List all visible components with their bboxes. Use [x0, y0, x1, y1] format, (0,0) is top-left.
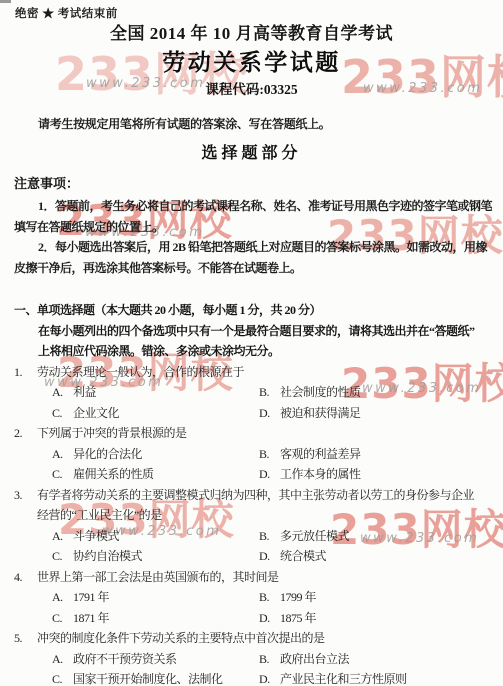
- exam-page: 233网校 233网校 233网校 233网校 233网校 233网校 233网…: [0, 0, 503, 686]
- question-number: 1.: [14, 362, 37, 383]
- question-2-option-c: C.雇佣关系的性质: [52, 464, 259, 485]
- question-5: 5.冲突的制度化条件下劳动关系的主要特点中首次提出的是 A.政府不干预劳资关系 …: [0, 628, 503, 686]
- option-label: D.: [259, 608, 280, 629]
- option-text: 产业民主化和三方性原则: [280, 669, 407, 686]
- question-4-option-d: D.1875 年: [259, 608, 316, 629]
- question-1-option-a: A.利益: [52, 382, 259, 403]
- question-number: 5.: [14, 628, 37, 649]
- classification-label: 绝密 ★ 考试结束前: [15, 5, 118, 21]
- question-1-option-b: B.社会制度的性质: [259, 382, 361, 403]
- option-text: 工作本身的属性: [280, 464, 361, 485]
- question-2-option-a: A.异化的合法化: [52, 444, 259, 465]
- question-3-option-a: A.斗争模式: [52, 526, 259, 547]
- option-label: C.: [52, 669, 73, 686]
- option-label: A.: [52, 526, 73, 547]
- question-4-option-b: B.1799 年: [259, 587, 316, 608]
- section-1-heading: 一、单项选择题（本大题共 20 小题，每小题 1 分，共 20 分）: [0, 300, 503, 321]
- question-stem: 4.世界上第一部工会法是由英国颁布的，其时间是: [0, 567, 503, 588]
- question-stem-text: 有学者将劳动关系的主要调整模式归纳为四种，其中主张劳动者以劳工的身份参与企业: [37, 488, 474, 502]
- note-2-line-1: 2．每小题选出答案后，用 2B 铅笔把答题纸上对应题目的答案标号涂黑。如需改动，…: [0, 237, 503, 258]
- question-3-option-b: B.多元放任模式: [259, 526, 349, 547]
- question-4-option-c: C.1871 年: [52, 608, 259, 629]
- option-label: B.: [259, 526, 280, 547]
- option-label: C.: [52, 608, 73, 629]
- question-5-option-b: B.政府出台立法: [259, 649, 349, 670]
- option-label: B.: [259, 444, 280, 465]
- notes-title: 注意事项：: [14, 176, 503, 192]
- question-number: 2.: [14, 423, 37, 444]
- option-label: C.: [52, 403, 73, 424]
- course-code: 课程代码:03325: [0, 82, 503, 98]
- question-1-option-c: C.企业文化: [52, 403, 259, 424]
- question-stem: 2.下列属于冲突的背景根源的是: [0, 423, 503, 444]
- question-stem-text: 世界上第一部工会法是由英国颁布的，其时间是: [37, 570, 279, 584]
- option-text: 异化的合法化: [73, 444, 142, 465]
- option-text: 1875 年: [280, 608, 316, 629]
- option-label: B.: [259, 382, 280, 403]
- question-5-option-d: D.产业民主化和三方性原则: [259, 669, 407, 686]
- answer-sheet-instruction: 请考生按规定用笔将所有试题的答案涂、写在答题纸上。: [14, 116, 493, 132]
- option-label: D.: [259, 403, 280, 424]
- question-2-option-d: D.工作本身的属性: [259, 464, 361, 485]
- option-text: 社会制度的性质: [280, 382, 361, 403]
- exam-title-line1: 全国 2014 年 10 月高等教育自学考试: [0, 24, 503, 44]
- option-text: 企业文化: [73, 403, 119, 424]
- question-number: 3.: [14, 485, 37, 506]
- option-text: 多元放任模式: [280, 526, 349, 547]
- question-stem-text: 冲突的制度化条件下劳动关系的主要特点中首次提出的是: [37, 631, 325, 645]
- option-text: 统合模式: [280, 546, 326, 567]
- note-2-line-2: 皮擦干净后，再选涂其他答案标号。不能答在试题卷上。: [0, 258, 503, 279]
- question-stem: 5.冲突的制度化条件下劳动关系的主要特点中首次提出的是: [0, 628, 503, 649]
- question-1: 1.劳动关系理论一般认为，合作的根源在于 A.利益 B.社会制度的性质 C.企业…: [0, 362, 503, 424]
- option-text: 被迫和获得满足: [280, 403, 361, 424]
- option-label: B.: [259, 587, 280, 608]
- option-label: B.: [259, 649, 280, 670]
- option-text: 政府不干预劳资关系: [73, 649, 177, 670]
- option-label: A.: [52, 382, 73, 403]
- question-3-option-c: C.协约自治模式: [52, 546, 259, 567]
- option-label: C.: [52, 546, 73, 567]
- question-3: 3.有学者将劳动关系的主要调整模式归纳为四种，其中主张劳动者以劳工的身份参与企业…: [0, 485, 503, 567]
- option-text: 利益: [73, 382, 96, 403]
- question-1-option-d: D.被迫和获得满足: [259, 403, 361, 424]
- section-part-title: 选择题部分: [0, 144, 503, 163]
- question-stem-continued: 经营的“工业民主化”的是: [0, 505, 503, 526]
- option-text: 1799 年: [280, 587, 316, 608]
- option-text: 雇佣关系的性质: [73, 464, 154, 485]
- question-stem: 3.有学者将劳动关系的主要调整模式归纳为四种，其中主张劳动者以劳工的身份参与企业: [0, 485, 503, 506]
- question-stem-text: 经营的“工业民主化”的是: [37, 508, 162, 522]
- question-stem: 1.劳动关系理论一般认为，合作的根源在于: [0, 362, 503, 383]
- question-2: 2.下列属于冲突的背景根源的是 A.异化的合法化 B.客观的利益差异 C.雇佣关…: [0, 423, 503, 485]
- question-number: 4.: [14, 567, 37, 588]
- option-label: D.: [259, 669, 280, 686]
- notes-block: 1．答题前，考生务必将自己的考试课程名称、姓名、准考证号用黑色字迹的签字笔或钢笔…: [0, 196, 503, 278]
- option-text: 1791 年: [73, 587, 109, 608]
- option-text: 国家干预开始制度化、法制化: [73, 669, 223, 686]
- section-1-rule-line-1: 在每小题列出的四个备选项中只有一个是最符合题目要求的，请将其选出并在“答题纸”: [0, 321, 503, 342]
- section-1: 一、单项选择题（本大题共 20 小题，每小题 1 分，共 20 分） 在每小题列…: [0, 300, 503, 362]
- question-4: 4.世界上第一部工会法是由英国颁布的，其时间是 A.1791 年 B.1799 …: [0, 567, 503, 629]
- question-5-option-c: C.国家干预开始制度化、法制化: [52, 669, 259, 686]
- question-2-option-b: B.客观的利益差异: [259, 444, 361, 465]
- option-label: A.: [52, 444, 73, 465]
- option-text: 斗争模式: [73, 526, 119, 547]
- option-text: 协约自治模式: [73, 546, 142, 567]
- exam-title-line2: 劳动关系学试题: [0, 49, 503, 76]
- question-5-option-a: A.政府不干预劳资关系: [52, 649, 259, 670]
- section-1-rule-line-2: 上将相应代码涂黑。错涂、多涂或未涂均无分。: [0, 341, 503, 362]
- scan-artifact: [0, 0, 11, 3]
- note-1-line-2: 填写在答题纸规定的位置上。: [0, 217, 503, 238]
- option-label: D.: [259, 546, 280, 567]
- option-text: 1871 年: [73, 608, 109, 629]
- option-label: C.: [52, 464, 73, 485]
- note-1-line-1: 1．答题前，考生务必将自己的考试课程名称、姓名、准考证号用黑色字迹的签字笔或钢笔: [0, 196, 503, 217]
- question-4-option-a: A.1791 年: [52, 587, 259, 608]
- option-text: 政府出台立法: [280, 649, 349, 670]
- option-label: A.: [52, 587, 73, 608]
- option-label: D.: [259, 464, 280, 485]
- question-3-option-d: D.统合模式: [259, 546, 326, 567]
- option-label: A.: [52, 649, 73, 670]
- question-stem-text: 劳动关系理论一般认为，合作的根源在于: [37, 365, 244, 379]
- question-stem-text: 下列属于冲突的背景根源的是: [37, 426, 187, 440]
- option-text: 客观的利益差异: [280, 444, 361, 465]
